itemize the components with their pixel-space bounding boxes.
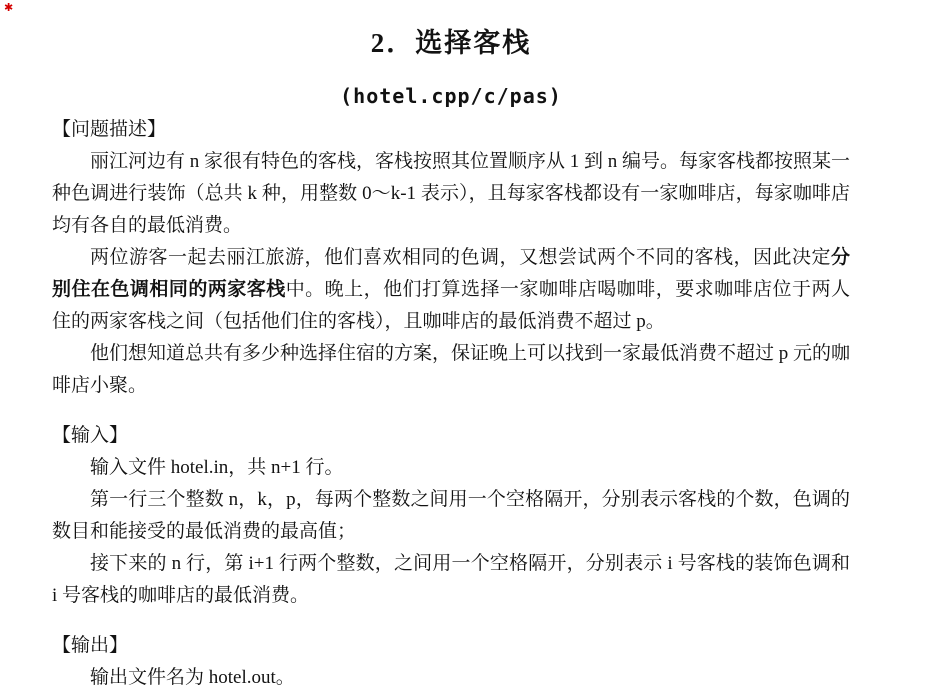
input-paragraph-2: 第一行三个整数 n，k，p，每两个整数之间用一个空格隔开，分别表示客栈的个数，色… [52, 484, 850, 548]
section-heading-input: 【输入】 [52, 420, 850, 452]
section-heading-problem-description: 【问题描述】 [52, 114, 850, 146]
section-heading-output: 【输出】 [52, 630, 850, 662]
output-paragraph-1: 输出文件名为 hotel.out。 [52, 662, 850, 694]
document-page: ✱ 2．选择客栈 (hotel.cpp/c/pas) 【问题描述】 丽江河边有 … [0, 0, 939, 697]
section-input-format: 【输入】 输入文件 hotel.in，共 n+1 行。 第一行三个整数 n，k，… [52, 420, 850, 612]
red-artifact-mark-icon: ✱ [4, 2, 13, 13]
problem-paragraph-2-text-pre: 两位游客一起去丽江旅游，他们喜欢相同的色调，又想尝试两个不同的客栈，因此决定 [90, 247, 831, 268]
input-paragraph-1: 输入文件 hotel.in，共 n+1 行。 [52, 452, 850, 484]
page-title: 2．选择客栈 [52, 26, 850, 60]
problem-paragraph-1: 丽江河边有 n 家很有特色的客栈，客栈按照其位置顺序从 1 到 n 编号。每家客… [52, 146, 850, 242]
section-problem-description: 【问题描述】 丽江河边有 n 家很有特色的客栈，客栈按照其位置顺序从 1 到 n… [52, 114, 850, 402]
source-filename-subtitle: (hotel.cpp/c/pas) [52, 84, 850, 108]
input-paragraph-3: 接下来的 n 行，第 i+1 行两个整数，之间用一个空格隔开，分别表示 i 号客… [52, 548, 850, 612]
section-output-format: 【输出】 输出文件名为 hotel.out。 [52, 630, 850, 694]
problem-paragraph-3: 他们想知道总共有多少种选择住宿的方案，保证晚上可以找到一家最低消费不超过 p 元… [52, 338, 850, 402]
problem-paragraph-2: 两位游客一起去丽江旅游，他们喜欢相同的色调，又想尝试两个不同的客栈，因此决定分别… [52, 242, 850, 338]
